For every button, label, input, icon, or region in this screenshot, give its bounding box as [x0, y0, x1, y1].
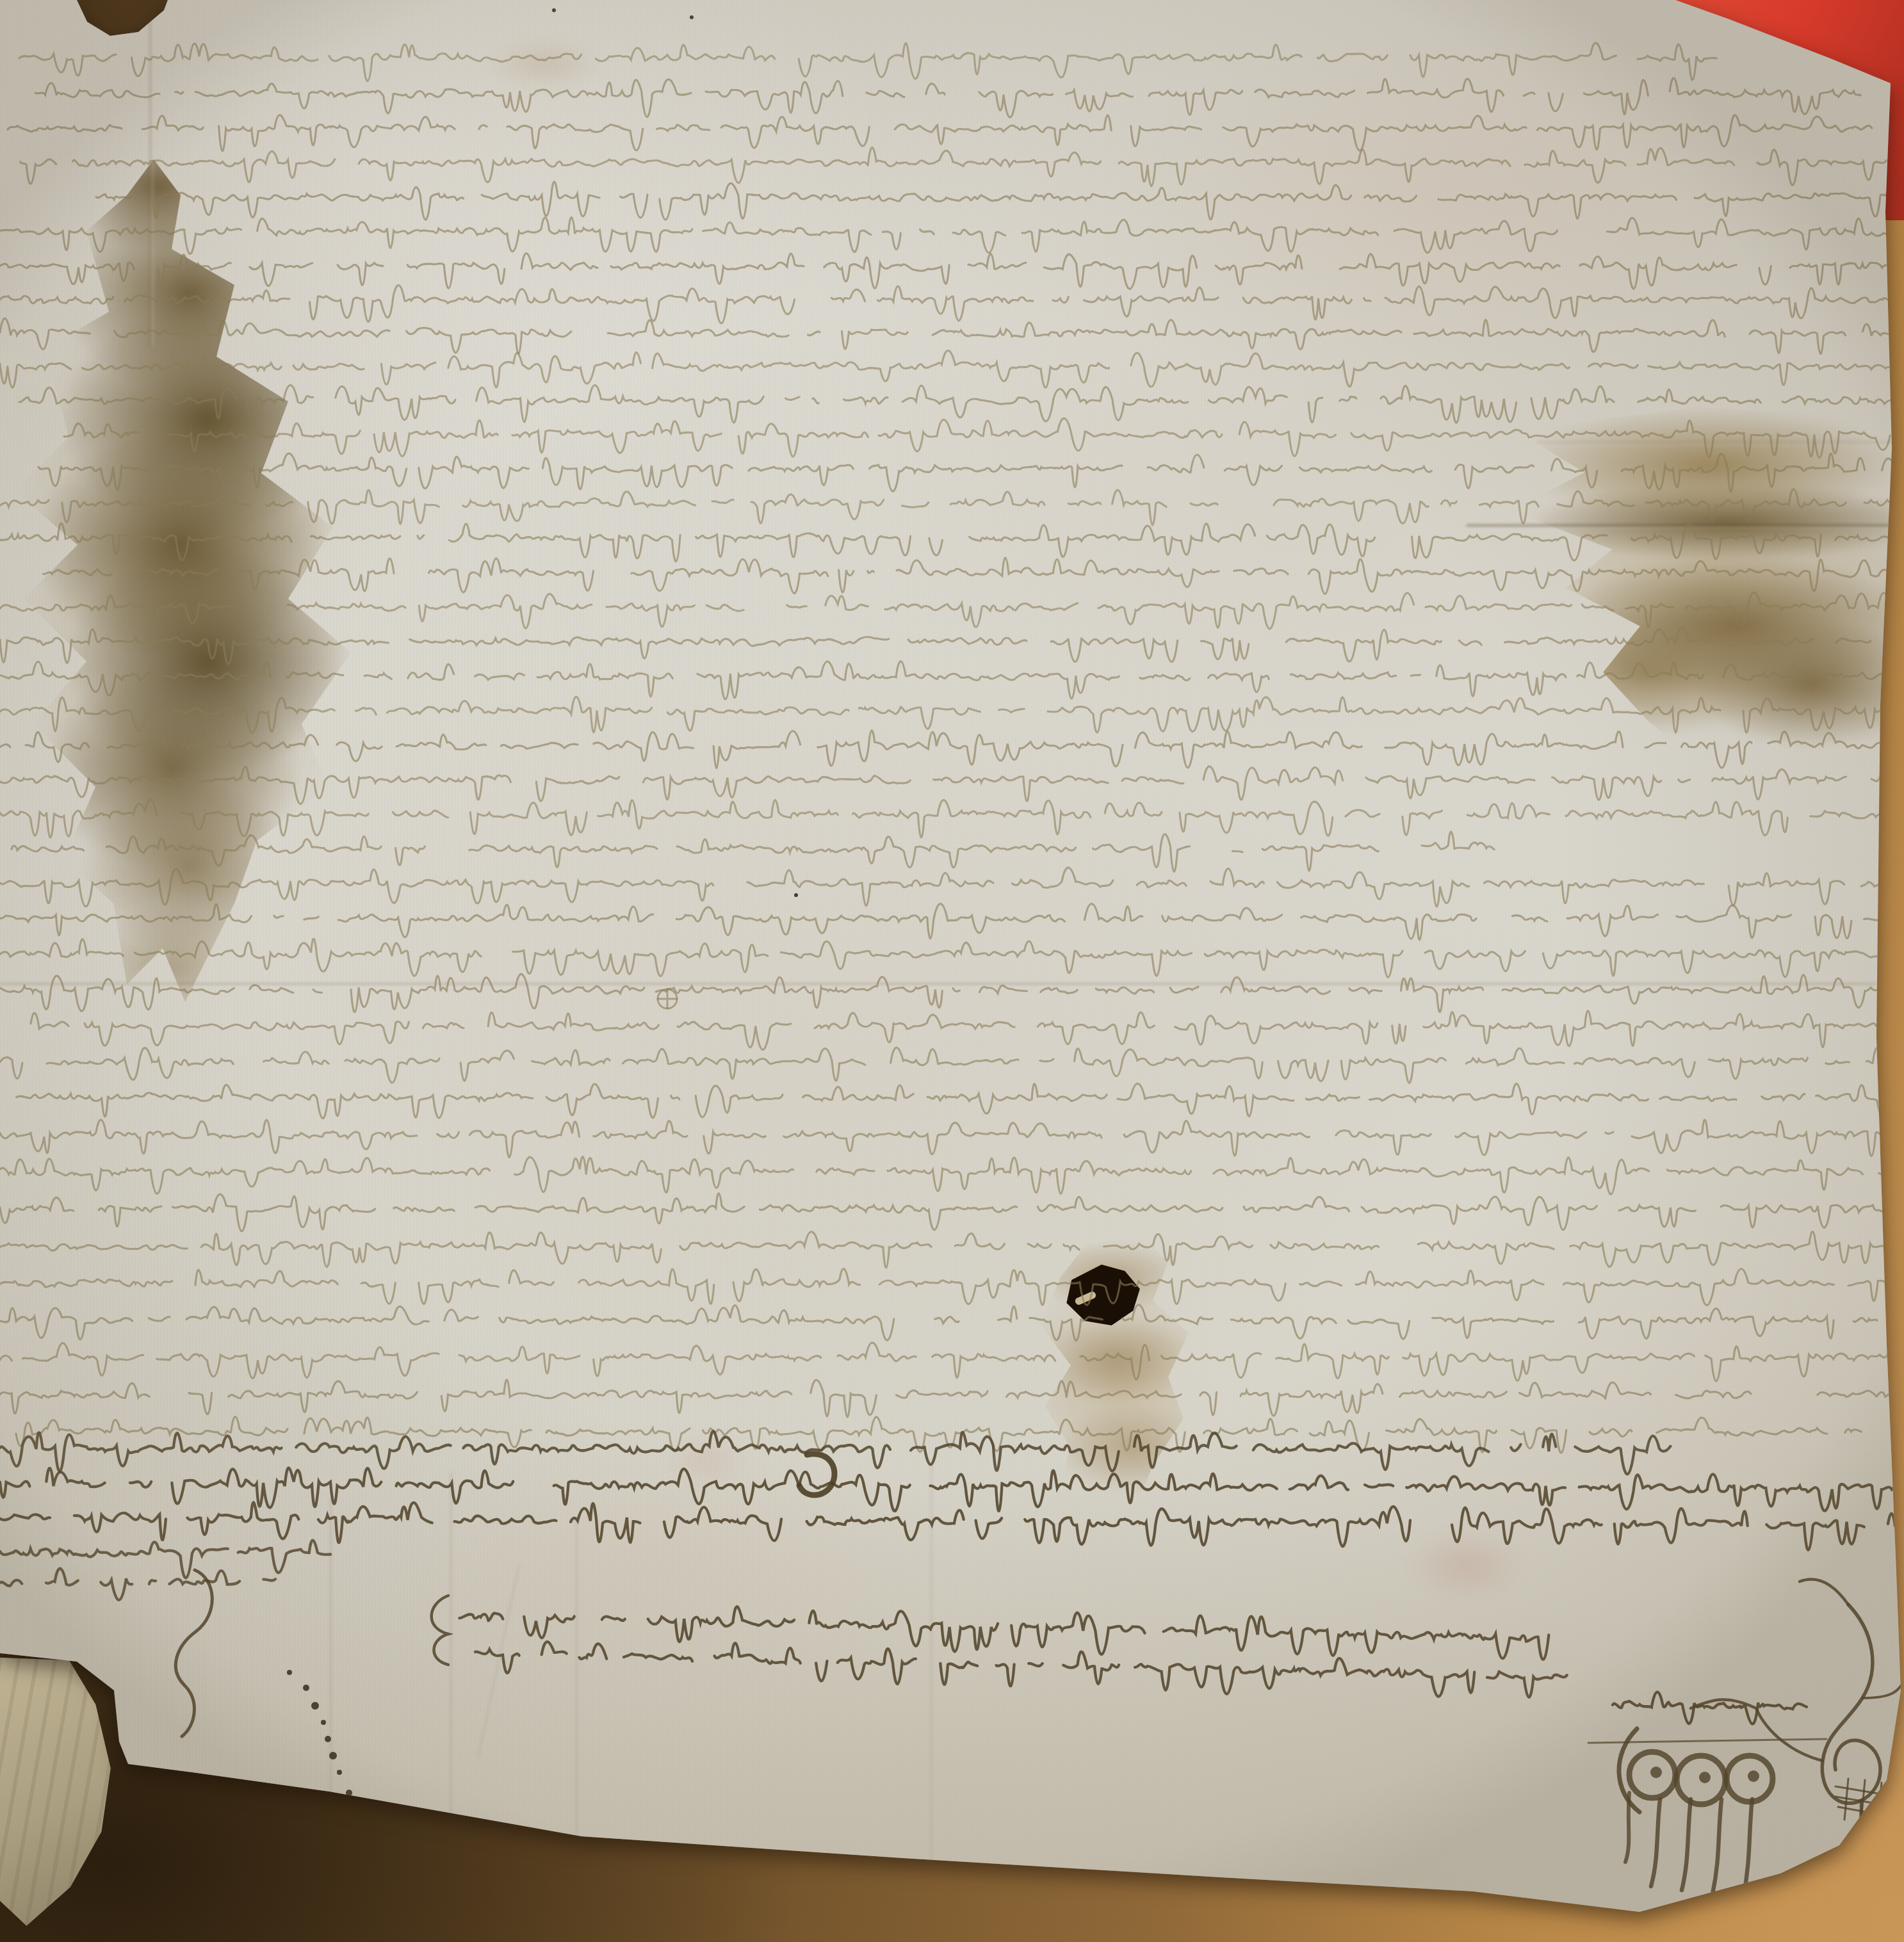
parchment-wrap: [0, 0, 1904, 1942]
manuscript-text: [0, 0, 1904, 1942]
parchment-sheet: [0, 0, 1904, 1942]
photograph-of-parchment-charter: [0, 0, 1904, 1942]
